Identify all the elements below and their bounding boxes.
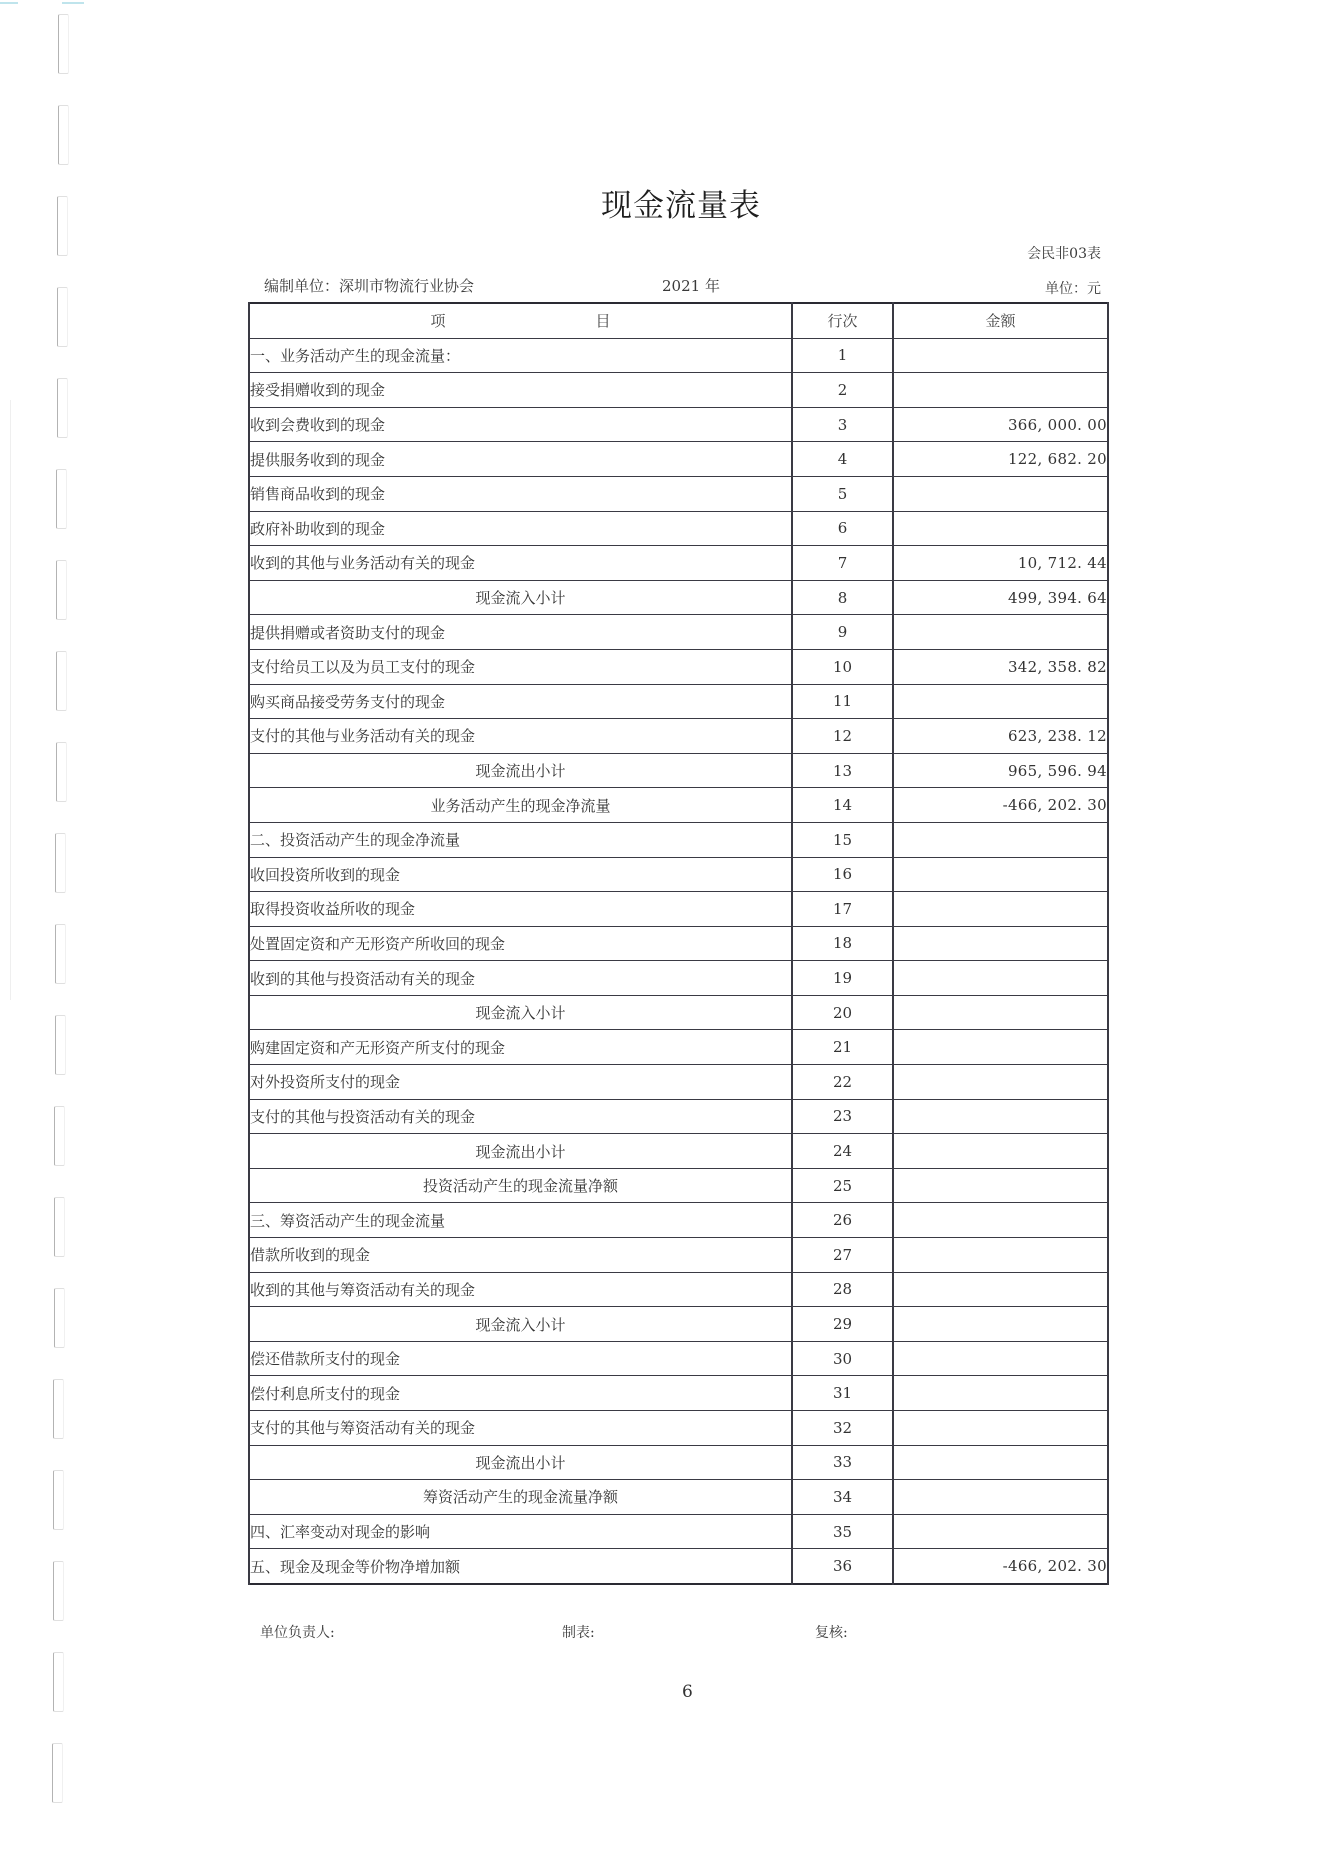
row-item-label: 提供服务收到的现金 (249, 442, 792, 477)
table-row: 销售商品收到的现金5 (249, 476, 1108, 511)
row-amount: 965, 596. 94 (893, 753, 1108, 788)
row-line-number: 16 (792, 857, 893, 892)
row-item-label: 投资活动产生的现金流量净额 (249, 1168, 792, 1203)
table-row: 现金流入小计29 (249, 1307, 1108, 1342)
column-header-amount: 金额 (893, 303, 1108, 338)
row-line-number: 18 (792, 926, 893, 961)
row-amount: 122, 682. 20 (893, 442, 1108, 477)
binder-mark (55, 924, 66, 984)
row-line-number: 5 (792, 476, 893, 511)
scan-corner-mark (62, 2, 84, 4)
row-item-label: 一、业务活动产生的现金流量： (249, 338, 792, 373)
row-line-number: 29 (792, 1307, 893, 1342)
currency-unit: 单位：元 (1045, 278, 1101, 298)
row-amount (893, 995, 1108, 1030)
binder-mark (53, 1379, 64, 1439)
row-item-label: 现金流出小计 (249, 753, 792, 788)
row-item-label: 收到的其他与筹资活动有关的现金 (249, 1272, 792, 1307)
row-amount (893, 1272, 1108, 1307)
row-item-label: 购建固定资和产无形资产所支付的现金 (249, 1030, 792, 1065)
row-line-number: 35 (792, 1514, 893, 1549)
row-line-number: 2 (792, 373, 893, 408)
row-amount (893, 373, 1108, 408)
row-line-number: 20 (792, 995, 893, 1030)
row-item-label: 现金流入小计 (249, 995, 792, 1030)
row-amount: 366, 000. 00 (893, 407, 1108, 442)
row-line-number: 25 (792, 1168, 893, 1203)
row-amount (893, 1341, 1108, 1376)
row-item-label: 偿还借款所支付的现金 (249, 1341, 792, 1376)
row-amount: 342, 358. 82 (893, 649, 1108, 684)
form-code: 会民非03表 (1027, 243, 1101, 263)
table-row: 现金流入小计20 (249, 995, 1108, 1030)
row-amount (893, 822, 1108, 857)
binder-mark (56, 560, 67, 620)
binder-mark (52, 1743, 63, 1803)
row-item-label: 偿付利息所支付的现金 (249, 1376, 792, 1411)
row-item-label: 购买商品接受劳务支付的现金 (249, 684, 792, 719)
row-amount (893, 684, 1108, 719)
row-line-number: 12 (792, 719, 893, 754)
table-row: 收回投资所收到的现金16 (249, 857, 1108, 892)
scan-edge-line (10, 400, 11, 1000)
binder-mark (53, 1561, 64, 1621)
report-year: 2021 年 (662, 275, 720, 296)
table-header-row: 项目 行次 金额 (249, 303, 1108, 338)
column-header-item: 项目 (249, 303, 792, 338)
row-item-label: 收到的其他与投资活动有关的现金 (249, 961, 792, 996)
row-item-label: 支付的其他与筹资活动有关的现金 (249, 1411, 792, 1446)
footer-responsible: 单位负责人: (260, 1622, 335, 1642)
row-line-number: 9 (792, 615, 893, 650)
table-row: 支付的其他与业务活动有关的现金12623, 238. 12 (249, 719, 1108, 754)
row-line-number: 28 (792, 1272, 893, 1307)
binder-mark (56, 742, 67, 802)
row-amount (893, 1030, 1108, 1065)
row-line-number: 8 (792, 580, 893, 615)
scan-corner-mark (0, 2, 18, 4)
row-amount (893, 926, 1108, 961)
row-line-number: 11 (792, 684, 893, 719)
row-amount (893, 1307, 1108, 1342)
row-amount: 499, 394. 64 (893, 580, 1108, 615)
binder-mark (55, 833, 66, 893)
binder-mark (53, 1652, 64, 1712)
row-line-number: 23 (792, 1099, 893, 1134)
table-row: 政府补助收到的现金6 (249, 511, 1108, 546)
table-row: 筹资活动产生的现金流量净额34 (249, 1480, 1108, 1515)
row-item-label: 取得投资收益所收的现金 (249, 892, 792, 927)
row-line-number: 4 (792, 442, 893, 477)
row-amount (893, 892, 1108, 927)
row-item-label: 二、投资活动产生的现金净流量 (249, 822, 792, 857)
row-line-number: 22 (792, 1065, 893, 1100)
row-item-label: 筹资活动产生的现金流量净额 (249, 1480, 792, 1515)
table-row: 现金流出小计13965, 596. 94 (249, 753, 1108, 788)
row-line-number: 1 (792, 338, 893, 373)
table-row: 提供服务收到的现金4122, 682. 20 (249, 442, 1108, 477)
binder-mark (53, 1470, 64, 1530)
row-item-label: 收到会费收到的现金 (249, 407, 792, 442)
row-item-label: 借款所收到的现金 (249, 1238, 792, 1273)
row-amount (893, 615, 1108, 650)
table-row: 业务活动产生的现金净流量14-466, 202. 30 (249, 788, 1108, 823)
row-line-number: 13 (792, 753, 893, 788)
table-row: 投资活动产生的现金流量净额25 (249, 1168, 1108, 1203)
row-line-number: 6 (792, 511, 893, 546)
row-amount: 10, 712. 44 (893, 546, 1108, 581)
row-line-number: 15 (792, 822, 893, 857)
binder-mark (54, 1288, 65, 1348)
binder-mark (57, 378, 68, 438)
row-amount (893, 1445, 1108, 1480)
row-line-number: 32 (792, 1411, 893, 1446)
row-line-number: 7 (792, 546, 893, 581)
preparing-organization: 编制单位：深圳市物流行业协会 (264, 275, 474, 296)
page-number: 6 (682, 1682, 693, 1702)
table-row: 购买商品接受劳务支付的现金11 (249, 684, 1108, 719)
row-line-number: 17 (792, 892, 893, 927)
column-header-item-right: 目 (596, 312, 611, 330)
row-item-label: 政府补助收到的现金 (249, 511, 792, 546)
row-item-label: 四、汇率变动对现金的影响 (249, 1514, 792, 1549)
row-item-label: 销售商品收到的现金 (249, 476, 792, 511)
row-line-number: 24 (792, 1134, 893, 1169)
binder-mark (56, 469, 67, 529)
binder-mark (56, 651, 67, 711)
row-item-label: 现金流出小计 (249, 1445, 792, 1480)
row-line-number: 14 (792, 788, 893, 823)
table-row: 收到的其他与筹资活动有关的现金28 (249, 1272, 1108, 1307)
binder-mark (57, 287, 68, 347)
row-item-label: 接受捐赠收到的现金 (249, 373, 792, 408)
row-item-label: 三、筹资活动产生的现金流量 (249, 1203, 792, 1238)
table-row: 收到的其他与业务活动有关的现金710, 712. 44 (249, 546, 1108, 581)
row-amount (893, 1480, 1108, 1515)
row-line-number: 33 (792, 1445, 893, 1480)
row-item-label: 收回投资所收到的现金 (249, 857, 792, 892)
table-row: 现金流出小计24 (249, 1134, 1108, 1169)
row-amount (893, 338, 1108, 373)
row-amount (893, 1099, 1108, 1134)
table-row: 处置固定资和产无形资产所收回的现金18 (249, 926, 1108, 961)
table-row: 现金流入小计8499, 394. 64 (249, 580, 1108, 615)
row-amount (893, 1514, 1108, 1549)
binder-mark (55, 1015, 66, 1075)
cash-flow-table: 项目 行次 金额 一、业务活动产生的现金流量：1接受捐赠收到的现金2收到会费收到… (248, 302, 1109, 1585)
table-row: 偿付利息所支付的现金31 (249, 1376, 1108, 1411)
row-item-label: 对外投资所支付的现金 (249, 1065, 792, 1100)
binder-mark (54, 1197, 65, 1257)
row-item-label: 业务活动产生的现金净流量 (249, 788, 792, 823)
table-row: 支付给员工以及为员工支付的现金10342, 358. 82 (249, 649, 1108, 684)
row-item-label: 支付的其他与业务活动有关的现金 (249, 719, 792, 754)
row-item-label: 现金流出小计 (249, 1134, 792, 1169)
row-amount: -466, 202. 30 (893, 1549, 1108, 1584)
row-item-label: 现金流入小计 (249, 580, 792, 615)
table-row: 购建固定资和产无形资产所支付的现金21 (249, 1030, 1108, 1065)
row-line-number: 36 (792, 1549, 893, 1584)
table-row: 对外投资所支付的现金22 (249, 1065, 1108, 1100)
table-row: 一、业务活动产生的现金流量：1 (249, 338, 1108, 373)
row-item-label: 五、现金及现金等价物净增加额 (249, 1549, 792, 1584)
footer-prepared-by: 制表: (562, 1622, 595, 1642)
row-amount (893, 961, 1108, 996)
row-line-number: 19 (792, 961, 893, 996)
row-item-label: 现金流入小计 (249, 1307, 792, 1342)
row-amount (893, 1411, 1108, 1446)
row-amount (893, 1376, 1108, 1411)
column-header-item-left: 项 (430, 312, 445, 330)
row-item-label: 收到的其他与业务活动有关的现金 (249, 546, 792, 581)
row-item-label: 支付给员工以及为员工支付的现金 (249, 649, 792, 684)
row-item-label: 支付的其他与投资活动有关的现金 (249, 1099, 792, 1134)
table-row: 四、汇率变动对现金的影响35 (249, 1514, 1108, 1549)
page-title: 现金流量表 (0, 180, 1323, 225)
row-line-number: 26 (792, 1203, 893, 1238)
table-row: 取得投资收益所收的现金17 (249, 892, 1108, 927)
row-amount: -466, 202. 30 (893, 788, 1108, 823)
row-item-label: 处置固定资和产无形资产所收回的现金 (249, 926, 792, 961)
table-row: 五、现金及现金等价物净增加额36-466, 202. 30 (249, 1549, 1108, 1584)
table-body: 一、业务活动产生的现金流量：1接受捐赠收到的现金2收到会费收到的现金3366, … (249, 338, 1108, 1584)
row-line-number: 10 (792, 649, 893, 684)
table-row: 借款所收到的现金27 (249, 1238, 1108, 1273)
table-row: 二、投资活动产生的现金净流量15 (249, 822, 1108, 857)
table-row: 支付的其他与筹资活动有关的现金32 (249, 1411, 1108, 1446)
table-row: 收到的其他与投资活动有关的现金19 (249, 961, 1108, 996)
row-line-number: 21 (792, 1030, 893, 1065)
row-amount (893, 1203, 1108, 1238)
row-amount (893, 1065, 1108, 1100)
footer-reviewed-by: 复核: (815, 1622, 848, 1642)
table-row: 偿还借款所支付的现金30 (249, 1341, 1108, 1376)
row-item-label: 提供捐赠或者资助支付的现金 (249, 615, 792, 650)
row-amount (893, 476, 1108, 511)
column-header-line-no: 行次 (792, 303, 893, 338)
table-row: 支付的其他与投资活动有关的现金23 (249, 1099, 1108, 1134)
row-line-number: 31 (792, 1376, 893, 1411)
binder-mark (54, 1106, 65, 1166)
row-amount (893, 857, 1108, 892)
table-row: 三、筹资活动产生的现金流量26 (249, 1203, 1108, 1238)
binder-mark (58, 14, 69, 74)
table-row: 提供捐赠或者资助支付的现金9 (249, 615, 1108, 650)
row-line-number: 30 (792, 1341, 893, 1376)
row-amount (893, 1168, 1108, 1203)
row-amount (893, 1134, 1108, 1169)
row-line-number: 27 (792, 1238, 893, 1273)
row-amount (893, 1238, 1108, 1273)
row-line-number: 34 (792, 1480, 893, 1515)
row-line-number: 3 (792, 407, 893, 442)
binder-mark (58, 105, 69, 165)
table-row: 现金流出小计33 (249, 1445, 1108, 1480)
row-amount: 623, 238. 12 (893, 719, 1108, 754)
row-amount (893, 511, 1108, 546)
table-row: 收到会费收到的现金3366, 000. 00 (249, 407, 1108, 442)
table-row: 接受捐赠收到的现金2 (249, 373, 1108, 408)
